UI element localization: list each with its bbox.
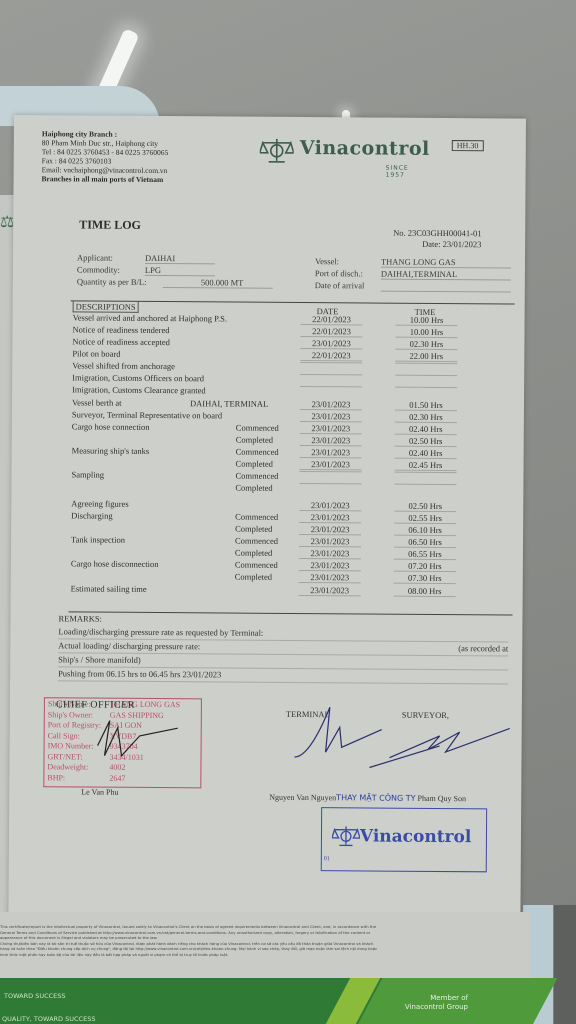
row-description: Cargo hose connection <box>72 421 150 432</box>
row-date: 23/01/2023 <box>299 512 361 523</box>
row-time: 02.30 Hrs <box>395 412 457 423</box>
row-date: 22/01/2023 <box>301 314 363 325</box>
row-status: Completed <box>236 435 273 445</box>
applicant-value: DAIHAI <box>145 253 215 264</box>
row-date <box>300 374 362 375</box>
document-number: No. 23C03GHH00041-01 Date: 23/01/2023 <box>393 228 481 251</box>
row-description: Pilot on board <box>72 348 120 358</box>
table-row: Estimated sailing time23/01/202308.00 Hr… <box>69 583 513 598</box>
vessel-label: Vessel: <box>315 256 339 266</box>
row-time: 02.30 Hrs <box>395 339 457 350</box>
stamp-row-value: 2647 <box>109 773 125 782</box>
row-date: 23/01/2023 <box>299 585 361 596</box>
row-date <box>299 483 361 484</box>
surveyor-label: SURVEYOR, <box>402 710 449 720</box>
row-date: 22/01/2023 <box>300 350 362 361</box>
row-time: 10.00 Hrs <box>395 327 457 338</box>
form-code: HH.30 <box>452 140 484 151</box>
remarks-aside: (as recorded at <box>458 642 508 655</box>
row-status: Completed <box>235 572 272 582</box>
row-description: Notice of readiness tendered <box>72 324 169 335</box>
row-description: Sampling <box>71 469 104 479</box>
row-date <box>300 362 362 363</box>
member-of: Member of <box>380 994 468 1003</box>
row-time <box>395 472 457 473</box>
row-date: 23/01/2023 <box>300 459 362 470</box>
row-description: Agreeing figures <box>71 498 128 508</box>
vessel-value: THANG LONG GAS <box>381 257 511 269</box>
page-title: TIME LOG <box>79 217 141 232</box>
footer-slogan: TOWARD SUCCESS <box>4 992 66 1000</box>
row-time: 06.10 Hrs <box>394 525 456 536</box>
row-date: 23/01/2023 <box>300 399 362 410</box>
doc-date: Date: 23/01/2023 <box>393 239 481 251</box>
remarks-pushing: Pushing from 06.15 hrs to 06.45 hrs 23/0… <box>58 667 508 684</box>
row-status: Completed <box>235 548 272 558</box>
row-date: 22/01/2023 <box>300 326 362 337</box>
surveyor-stamp-text: THAY MẶT CÔNG TY <box>336 793 415 803</box>
applicant-label: Applicant: <box>77 252 113 262</box>
row-date: 23/01/2023 <box>300 435 362 446</box>
row-status: Commenced <box>236 447 279 457</box>
row-description: Measuring ship's tanks <box>72 445 150 456</box>
row-description: Discharging <box>71 510 112 520</box>
row-date: 23/01/2023 <box>299 524 361 535</box>
row-status: Completed <box>236 459 273 469</box>
quantity-value: 500.000 MT <box>163 277 273 289</box>
row-time: 07.30 Hrs <box>394 573 456 584</box>
port-value: DAIHAI,TERMINAL <box>381 269 511 281</box>
document-footer: This certificate/report is the intellect… <box>0 912 530 1024</box>
footer-slogan-2: QUALITY, TOWARD SUCCESS <box>2 1015 95 1023</box>
scale-icon: ⚖ <box>0 212 14 231</box>
terminal-label: TERMINAL <box>286 709 330 719</box>
stamp-row-label: Port of Registry: <box>48 720 110 731</box>
stamp-row-value: 3434/1031 <box>109 752 143 761</box>
row-date <box>300 386 362 387</box>
row-status: Completed <box>235 524 272 534</box>
logo-since: SINCE 1957 <box>386 165 430 179</box>
row-time: 02.50 Hrs <box>395 436 457 447</box>
branch-info: Haiphong city Branch : 80 Pham Minh Duc … <box>42 129 169 184</box>
row-time: 02.50 Hrs <box>394 501 456 512</box>
row-date: 23/01/2023 <box>300 423 362 434</box>
row-time <box>395 375 457 376</box>
stamp-row-label: GRT/NET: <box>47 752 109 763</box>
surveyor-signer: Pham Quy Son <box>418 794 467 803</box>
row-date: 23/01/2023 <box>299 560 361 571</box>
row-description: Estimated sailing time <box>71 583 147 594</box>
row-time: 01.50 Hrs <box>395 400 457 411</box>
background-edge <box>554 905 576 1024</box>
row-time: 02.40 Hrs <box>395 448 457 459</box>
quantity-label: Quantity as per B/L: <box>77 276 147 286</box>
remarks-actual-rate-text: Actual loading/ discharging pressure rat… <box>58 640 200 651</box>
stamp-row: BHP:2647 <box>47 773 197 785</box>
row-status: Completed <box>235 483 272 493</box>
surveyor-signature <box>369 727 509 768</box>
legal-line: hình thức một phần hay toàn bộ của tài l… <box>0 952 475 958</box>
row-date: 23/01/2023 <box>299 536 361 547</box>
stamp-row-value: 9343704 <box>110 742 138 751</box>
vinacontrol-logo: Vinacontrol SINCE 1957 <box>260 137 430 166</box>
legal-disclaimer: This certificate/report is the intellect… <box>0 924 475 957</box>
stamp-number: 01 <box>324 856 330 862</box>
terminal-signer: Nguyen Van Nguyen <box>269 793 336 802</box>
row-time: 02.45 Hrs <box>395 460 457 471</box>
footer-member: Member of Vinacontrol Group <box>380 994 468 1012</box>
row-description: Imigration, Customs Clearance granted <box>72 384 206 395</box>
branch-network: Branches in all main ports of Vietnam <box>42 174 164 184</box>
row-status: Commenced <box>235 471 278 481</box>
chief-officer-label: CHIEF OFFICER <box>56 699 135 711</box>
row-date: 23/01/2023 <box>299 548 361 559</box>
time-log-document: Haiphong city Branch : 80 Pham Minh Duc … <box>8 115 526 921</box>
stamp-row-value: GAS SHIPPING <box>110 710 164 719</box>
stamp-row-label: Call Sign: <box>48 731 110 742</box>
header-descriptions: DESCRIPTIONS <box>73 301 139 312</box>
row-description: Imigration, Customs Officers on board <box>72 372 204 383</box>
member-group: Vinacontrol Group <box>380 1003 468 1012</box>
time-log-table: DESCRIPTIONS DATE TIME Vessel arrived an… <box>69 300 515 615</box>
row-description: Vessel arrived and anchored at Haiphong … <box>73 312 227 323</box>
row-status: Commenced <box>236 423 279 433</box>
commodity-value: LPG <box>145 265 215 276</box>
row-time: 02.55 Hrs <box>394 513 456 524</box>
row-description: Notice of readiness accepted <box>72 336 170 347</box>
row-time: 06.50 Hrs <box>394 537 456 548</box>
stamp-row-value: SAI GON <box>110 721 142 730</box>
row-date: 23/01/2023 <box>300 411 362 422</box>
row-date <box>300 471 362 472</box>
row-time <box>394 484 456 485</box>
row-time: 02.40 Hrs <box>395 424 457 435</box>
port-label: Port of disch.: <box>315 268 363 278</box>
arrival-value <box>381 281 511 293</box>
row-description: Surveyor, Terminal Representative on boa… <box>72 409 222 420</box>
row-description: Vessel berth at <box>72 397 122 407</box>
row-status: Commenced <box>235 536 278 546</box>
row-description: Vessel shifted from anchorage <box>72 360 175 371</box>
row-description: Tank inspection <box>71 534 125 544</box>
row-time: 07.20 Hrs <box>394 561 456 572</box>
row-description: Cargo hose disconnection <box>71 558 159 569</box>
row-time <box>395 387 457 388</box>
scale-icon <box>332 822 360 850</box>
commodity-label: Commodity: <box>77 264 120 274</box>
signatory-names: Nguyen Van NguyenTHAY MẶT CÔNG TY Pham Q… <box>269 793 466 803</box>
logo-name: Vinacontrol <box>300 137 430 160</box>
chief-officer-name: Le Van Phu <box>81 787 118 796</box>
vinacontrol-stamp: Vinacontrol 01 <box>321 807 487 872</box>
row-time <box>395 363 457 364</box>
row-time: 10.00 Hrs <box>396 315 458 326</box>
stamp-row-label: BHP: <box>47 773 109 784</box>
row-date: 23/01/2023 <box>299 500 361 511</box>
ship-stamp-rows: Ship's Name:THANG LONG GASShip's Owner:G… <box>47 699 198 784</box>
row-date: 23/01/2023 <box>299 572 361 583</box>
row-date: 23/01/2023 <box>300 447 362 458</box>
stamp-row-value: 4002 <box>109 763 125 772</box>
stamp-row-label: Deadweight: <box>47 762 109 773</box>
row-status: Commenced <box>235 512 278 522</box>
row-location: DAIHAI, TERMINAL <box>190 398 268 409</box>
ship-stamp: Ship's Name:THANG LONG GASShip's Owner:G… <box>43 697 202 788</box>
row-time: 22.00 Hrs <box>395 351 457 362</box>
row-date: 23/01/2023 <box>300 338 362 349</box>
stamp-row-label: Ship's Owner: <box>48 710 110 721</box>
stamp-brand: Vinacontrol <box>360 826 472 847</box>
doc-number: No. 23C03GHH00041-01 <box>393 228 481 240</box>
table-row: Completed <box>69 481 513 496</box>
scale-icon <box>260 137 294 165</box>
arrival-label: Date of arrival <box>315 280 365 290</box>
row-status: Commenced <box>235 560 278 570</box>
row-time: 08.00 Hrs <box>394 586 456 597</box>
stamp-row-label: IMO Number: <box>48 741 110 752</box>
remarks-section: REMARKS: Loading/discharging pressure ra… <box>58 612 508 684</box>
row-time: 06.55 Hrs <box>394 549 456 560</box>
stamp-row-value: XVDB7 <box>110 731 137 740</box>
